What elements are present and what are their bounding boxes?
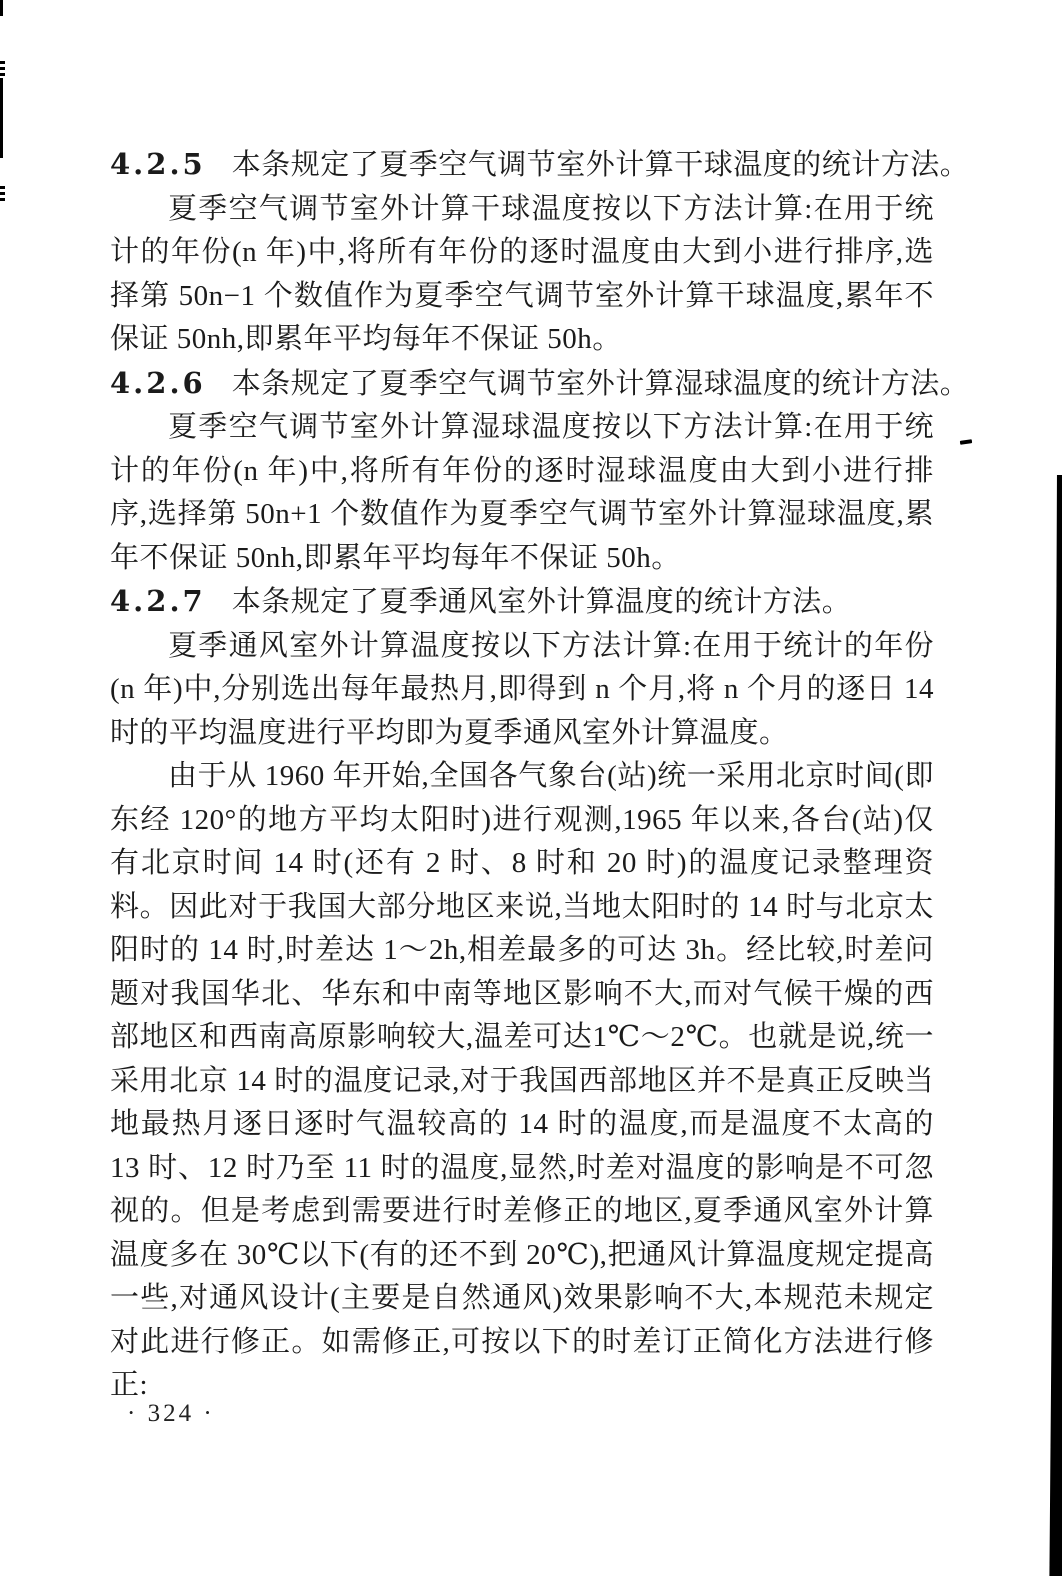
scan-gutter-shadow-band: [1048, 475, 1062, 1576]
scan-artifact-right-speck: [960, 439, 972, 445]
scan-artifact-left-dashes-upper: [0, 61, 5, 79]
scan-artifact-top-left-line: [0, 0, 3, 16]
body-paragraph-dry-bulb-method: 夏季空气调节室外计算干球温度按以下方法计算:在用于统计的年份(n 年)中,将所有…: [110, 188, 934, 362]
body-paragraph-ventilation-method: 夏季通风室外计算温度按以下方法计算:在用于统计的年份(n 年)中,分别选出每年最…: [110, 625, 934, 756]
section-number: 4.2.7: [110, 584, 206, 618]
scanned-book-page: { "colors": { "paper": "#ffffff", "ink":…: [0, 0, 1062, 1576]
section-number: 4.2.5: [110, 147, 206, 181]
section-heading-text: 本条规定了夏季通风室外计算温度的统计方法。: [232, 586, 852, 618]
section-heading-text: 本条规定了夏季空气调节室外计算湿球温度的统计方法。: [232, 368, 970, 400]
page-number: · 324 ·: [127, 1400, 215, 1428]
scan-artifact-left-line: [0, 78, 3, 158]
section-heading-4-2-6: 4.2.6本条规定了夏季空气调节室外计算湿球温度的统计方法。: [110, 362, 934, 407]
section-heading-text: 本条规定了夏季空气调节室外计算干球温度的统计方法。: [232, 149, 970, 181]
section-heading-4-2-7: 4.2.7本条规定了夏季通风室外计算温度的统计方法。: [110, 580, 934, 625]
section-heading-4-2-5: 4.2.5本条规定了夏季空气调节室外计算干球温度的统计方法。: [110, 143, 934, 188]
section-number: 4.2.6: [110, 366, 206, 400]
text-block: 4.2.5本条规定了夏季空气调节室外计算干球温度的统计方法。 夏季空气调节室外计…: [110, 143, 934, 1408]
scan-artifact-left-dashes-lower: [0, 186, 5, 202]
body-paragraph-wet-bulb-method: 夏季空气调节室外计算湿球温度按以下方法计算:在用于统计的年份(n 年)中,将所有…: [110, 406, 934, 580]
body-paragraph-beijing-time-discussion: 由于从 1960 年开始,全国各气象台(站)统一采用北京时间(即东经 120°的…: [110, 755, 934, 1408]
